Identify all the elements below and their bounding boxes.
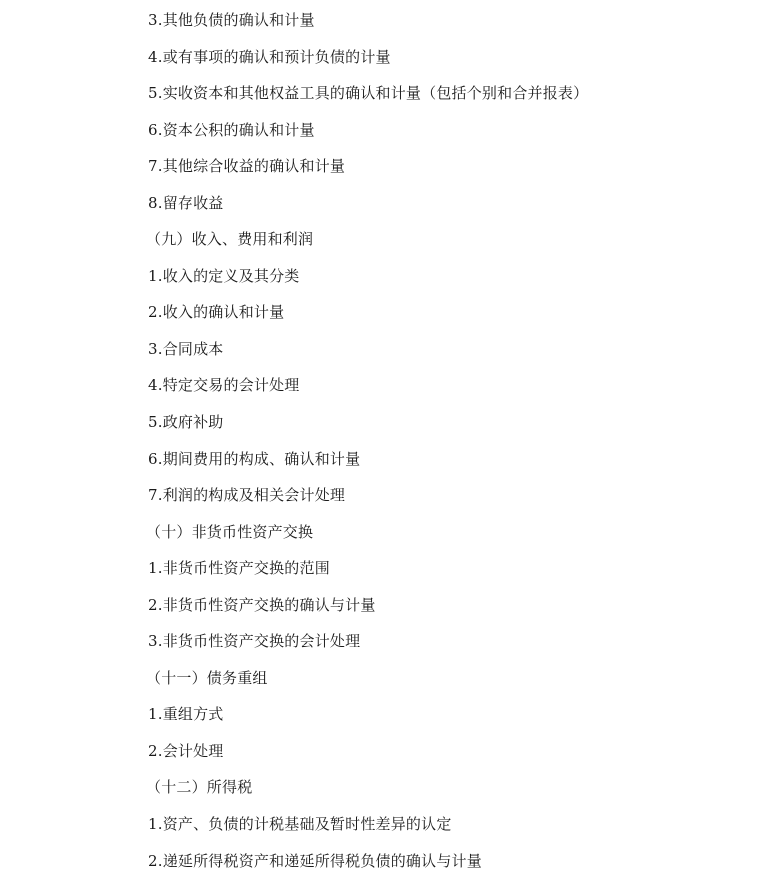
list-item: 6.期间费用的构成、确认和计量 — [148, 447, 748, 484]
section-heading: （十）非货币性资产交换 — [146, 520, 748, 557]
list-item: 5.实收资本和其他权益工具的确认和计量（包括个别和合并报表） — [148, 81, 748, 118]
list-item: 3.非货币性资产交换的会计处理 — [148, 629, 748, 666]
list-item: 1.非货币性资产交换的范围 — [148, 556, 748, 593]
list-item: 1.重组方式 — [148, 702, 748, 739]
list-item: 4.特定交易的会计处理 — [148, 373, 748, 410]
section-heading: （十二）所得税 — [146, 775, 748, 812]
document-page: 3.其他负债的确认和计量 4.或有事项的确认和预计负债的计量 5.实收资本和其他… — [148, 8, 748, 879]
list-item: 4.或有事项的确认和预计负债的计量 — [148, 45, 748, 82]
list-item: 2.会计处理 — [148, 739, 748, 776]
list-item: 1.收入的定义及其分类 — [148, 264, 748, 301]
list-item: 2.非货币性资产交换的确认与计量 — [148, 593, 748, 630]
section-heading: （九）收入、费用和利润 — [146, 227, 748, 264]
list-item: 7.利润的构成及相关会计处理 — [148, 483, 748, 520]
list-item: 1.资产、负债的计税基础及暂时性差异的认定 — [148, 812, 748, 849]
list-item: 3.其他负债的确认和计量 — [148, 8, 748, 45]
list-item: 2.收入的确认和计量 — [148, 300, 748, 337]
list-item: 7.其他综合收益的确认和计量 — [148, 154, 748, 191]
section-heading: （十一）债务重组 — [146, 666, 748, 703]
list-item: 6.资本公积的确认和计量 — [148, 118, 748, 155]
list-item: 5.政府补助 — [148, 410, 748, 447]
list-item: 2.递延所得税资产和递延所得税负债的确认与计量 — [148, 849, 748, 879]
list-item: 8.留存收益 — [148, 191, 748, 228]
list-item: 3.合同成本 — [148, 337, 748, 374]
